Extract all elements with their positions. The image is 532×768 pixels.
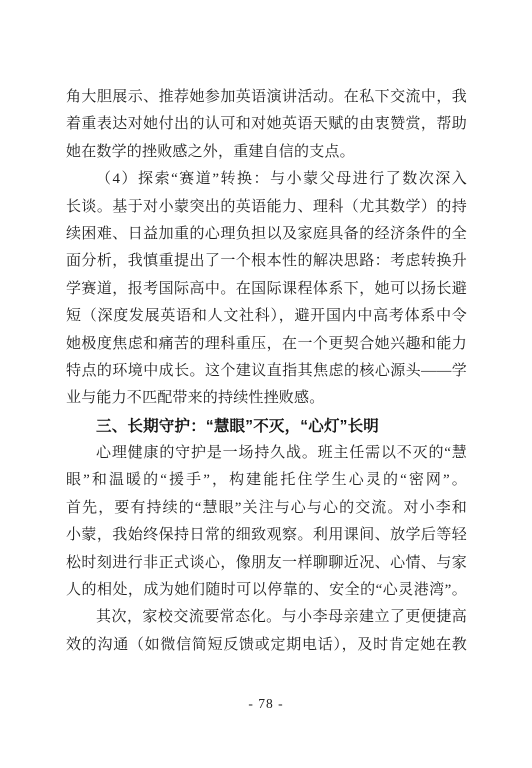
text-line: 心理健康的守护是一场持久战。班主任需以不灭的“慧 xyxy=(66,440,467,467)
text-line: 着重表达对她付出的认可和对她英语天赋的由衷赞赏，帮助 xyxy=(66,111,467,138)
text-line: 小蒙，我始终保持日常的细致观察。利用课间、放学后等轻 xyxy=(66,522,467,549)
text-line: 短（深度发展英语和人文社科），避开国内中高考体系中令 xyxy=(66,303,467,330)
text-line: 首先，要有持续的“慧眼”关注与心与心的交流。对小李和 xyxy=(66,495,467,522)
page-number: - 78 - xyxy=(0,696,532,712)
text-line: 面分析，我慎重提出了一个根本性的解决思路：考虑转换升 xyxy=(66,248,467,275)
text-line: 她在数学的挫败感之外，重建自信的支点。 xyxy=(66,139,467,166)
text-line: 效的沟通（如微信简短反馈或定期电话），及时肯定她在教 xyxy=(66,632,467,659)
text-line: 业与能力不匹配带来的持续性挫败感。 xyxy=(66,385,467,412)
text-line: （4）探索“赛道”转换：与小蒙父母进行了数次深入 xyxy=(66,166,467,193)
document-page: 角大胆展示、推荐她参加英语演讲活动。在私下交流中，我着重表达对她付出的认可和对她… xyxy=(0,0,532,768)
text-line: 角大胆展示、推荐她参加英语演讲活动。在私下交流中，我 xyxy=(66,84,467,111)
text-line: 续困难、日益加重的心理负担以及家庭具备的经济条件的全 xyxy=(66,221,467,248)
text-line: 松时刻进行非正式谈心，像朋友一样聊聊近况、心情、与家 xyxy=(66,550,467,577)
text-line: 特点的环境中成长。这个建议直指其焦虑的核心源头——学 xyxy=(66,358,467,385)
text-line: 她极度焦虑和痛苦的理科重压，在一个更契合她兴趣和能力 xyxy=(66,331,467,358)
text-line: 眼”和温暖的“援手”，构建能托住学生心灵的“密网”。 xyxy=(66,467,467,494)
text-line: 人的相处，成为她们随时可以停靠的、安全的“心灵港湾”。 xyxy=(66,577,467,604)
text-line: 其次，家校交流要常态化。与小李母亲建立了更便捷高 xyxy=(66,604,467,631)
text-line: 长谈。基于对小蒙突出的英语能力、理科（尤其数学）的持 xyxy=(66,194,467,221)
page-body: 角大胆展示、推荐她参加英语演讲活动。在私下交流中，我着重表达对她付出的认可和对她… xyxy=(66,84,467,659)
section-heading: 三、长期守护：“慧眼”不灭，“心灯”长明 xyxy=(66,413,467,440)
text-line: 学赛道，报考国际高中。在国际课程体系下，她可以扬长避 xyxy=(66,276,467,303)
